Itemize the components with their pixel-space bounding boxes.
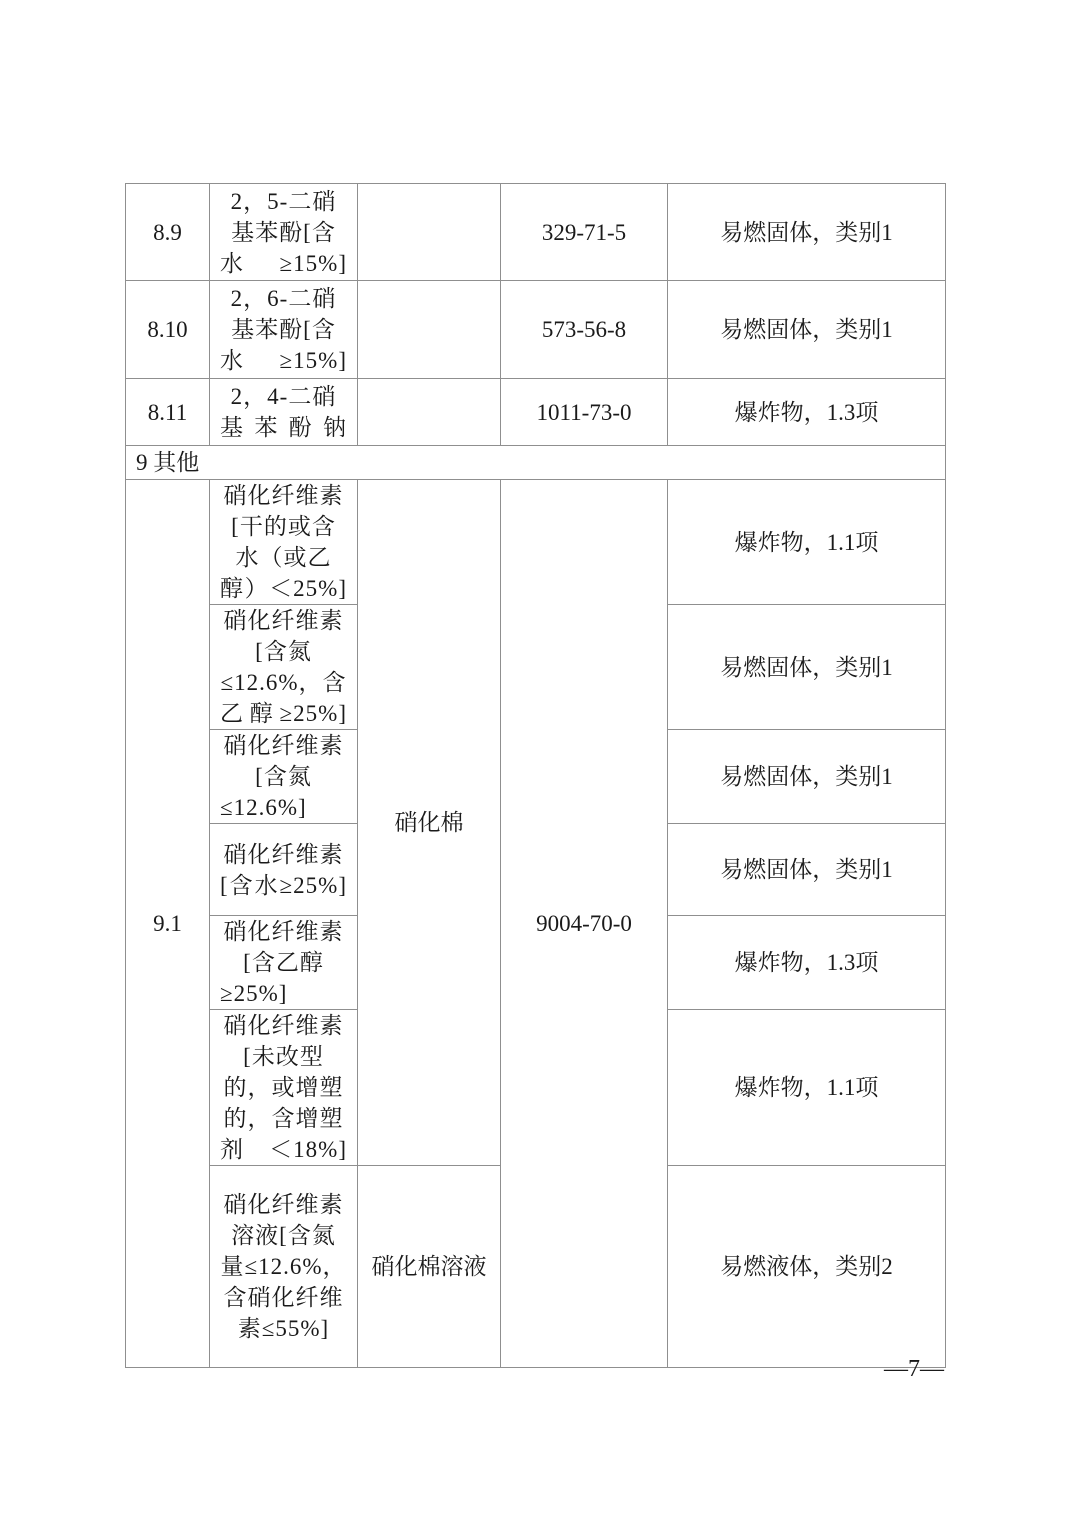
alias: 硝化棉溶液 [358, 1166, 501, 1368]
hazard-class: 易燃固体，类别1 [668, 605, 946, 730]
chemical-name: 硝化纤维素[未改型的，或增塑的，含增塑剂＜18%] [210, 1010, 358, 1166]
hazard-class: 易燃固体，类别1 [668, 824, 946, 916]
page-number: —7— [884, 1356, 944, 1383]
section-heading: 9 其他 [126, 446, 946, 480]
table-row: 9.1 硝化纤维素[干的或含水（或乙醇）＜25%] 硝化棉 9004-70-0 … [126, 480, 946, 605]
row-number: 8.10 [126, 281, 210, 379]
alias [358, 184, 501, 281]
chemical-name: 2，6-二硝基苯酚[含水≥15%] [210, 281, 358, 379]
row-number: 8.9 [126, 184, 210, 281]
hazard-class: 爆炸物，1.3项 [668, 916, 946, 1010]
hazard-class: 爆炸物，1.1项 [668, 480, 946, 605]
chemical-name: 硝化纤维素[含水≥25%] [210, 824, 358, 916]
cas-number: 1011-73-0 [501, 379, 668, 446]
cas-number: 329-71-5 [501, 184, 668, 281]
cas-number: 9004-70-0 [501, 480, 668, 1368]
alias: 硝化棉 [358, 480, 501, 1166]
row-number: 9.1 [126, 480, 210, 1368]
chemical-name: 硝化纤维素[干的或含水（或乙醇）＜25%] [210, 480, 358, 605]
row-number: 8.11 [126, 379, 210, 446]
alias [358, 379, 501, 446]
alias [358, 281, 501, 379]
chemical-name: 硝化纤维素[含氮≤12.6%，含乙醇≥25%] [210, 605, 358, 730]
table-row: 8.10 2，6-二硝基苯酚[含水≥15%] 573-56-8 易燃固体，类别1 [126, 281, 946, 379]
chemical-name: 硝化纤维素溶液[含氮量≤12.6%，含硝化纤维素≤55%] [210, 1166, 358, 1368]
hazard-class: 易燃固体，类别1 [668, 281, 946, 379]
hazard-class: 易燃液体，类别2 [668, 1166, 946, 1368]
hazardous-chemicals-table: 8.9 2，5-二硝基苯酚[含水≥15%] 329-71-5 易燃固体，类别1 … [125, 183, 946, 1368]
table-row: 8.11 2，4-二硝基苯酚钠 1011-73-0 爆炸物，1.3项 [126, 379, 946, 446]
hazard-class: 爆炸物，1.3项 [668, 379, 946, 446]
section-row: 9 其他 [126, 446, 946, 480]
table-row: 8.9 2，5-二硝基苯酚[含水≥15%] 329-71-5 易燃固体，类别1 [126, 184, 946, 281]
hazard-class: 爆炸物，1.1项 [668, 1010, 946, 1166]
document-page: 8.9 2，5-二硝基苯酚[含水≥15%] 329-71-5 易燃固体，类别1 … [0, 0, 1080, 1534]
chemical-name: 2，4-二硝基苯酚钠 [210, 379, 358, 446]
chemical-name: 硝化纤维素[含乙醇≥25%] [210, 916, 358, 1010]
cas-number: 573-56-8 [501, 281, 668, 379]
chemical-name: 硝化纤维素[含氮≤12.6%] [210, 730, 358, 824]
chemical-name: 2，5-二硝基苯酚[含水≥15%] [210, 184, 358, 281]
hazard-class: 易燃固体，类别1 [668, 730, 946, 824]
hazard-class: 易燃固体，类别1 [668, 184, 946, 281]
